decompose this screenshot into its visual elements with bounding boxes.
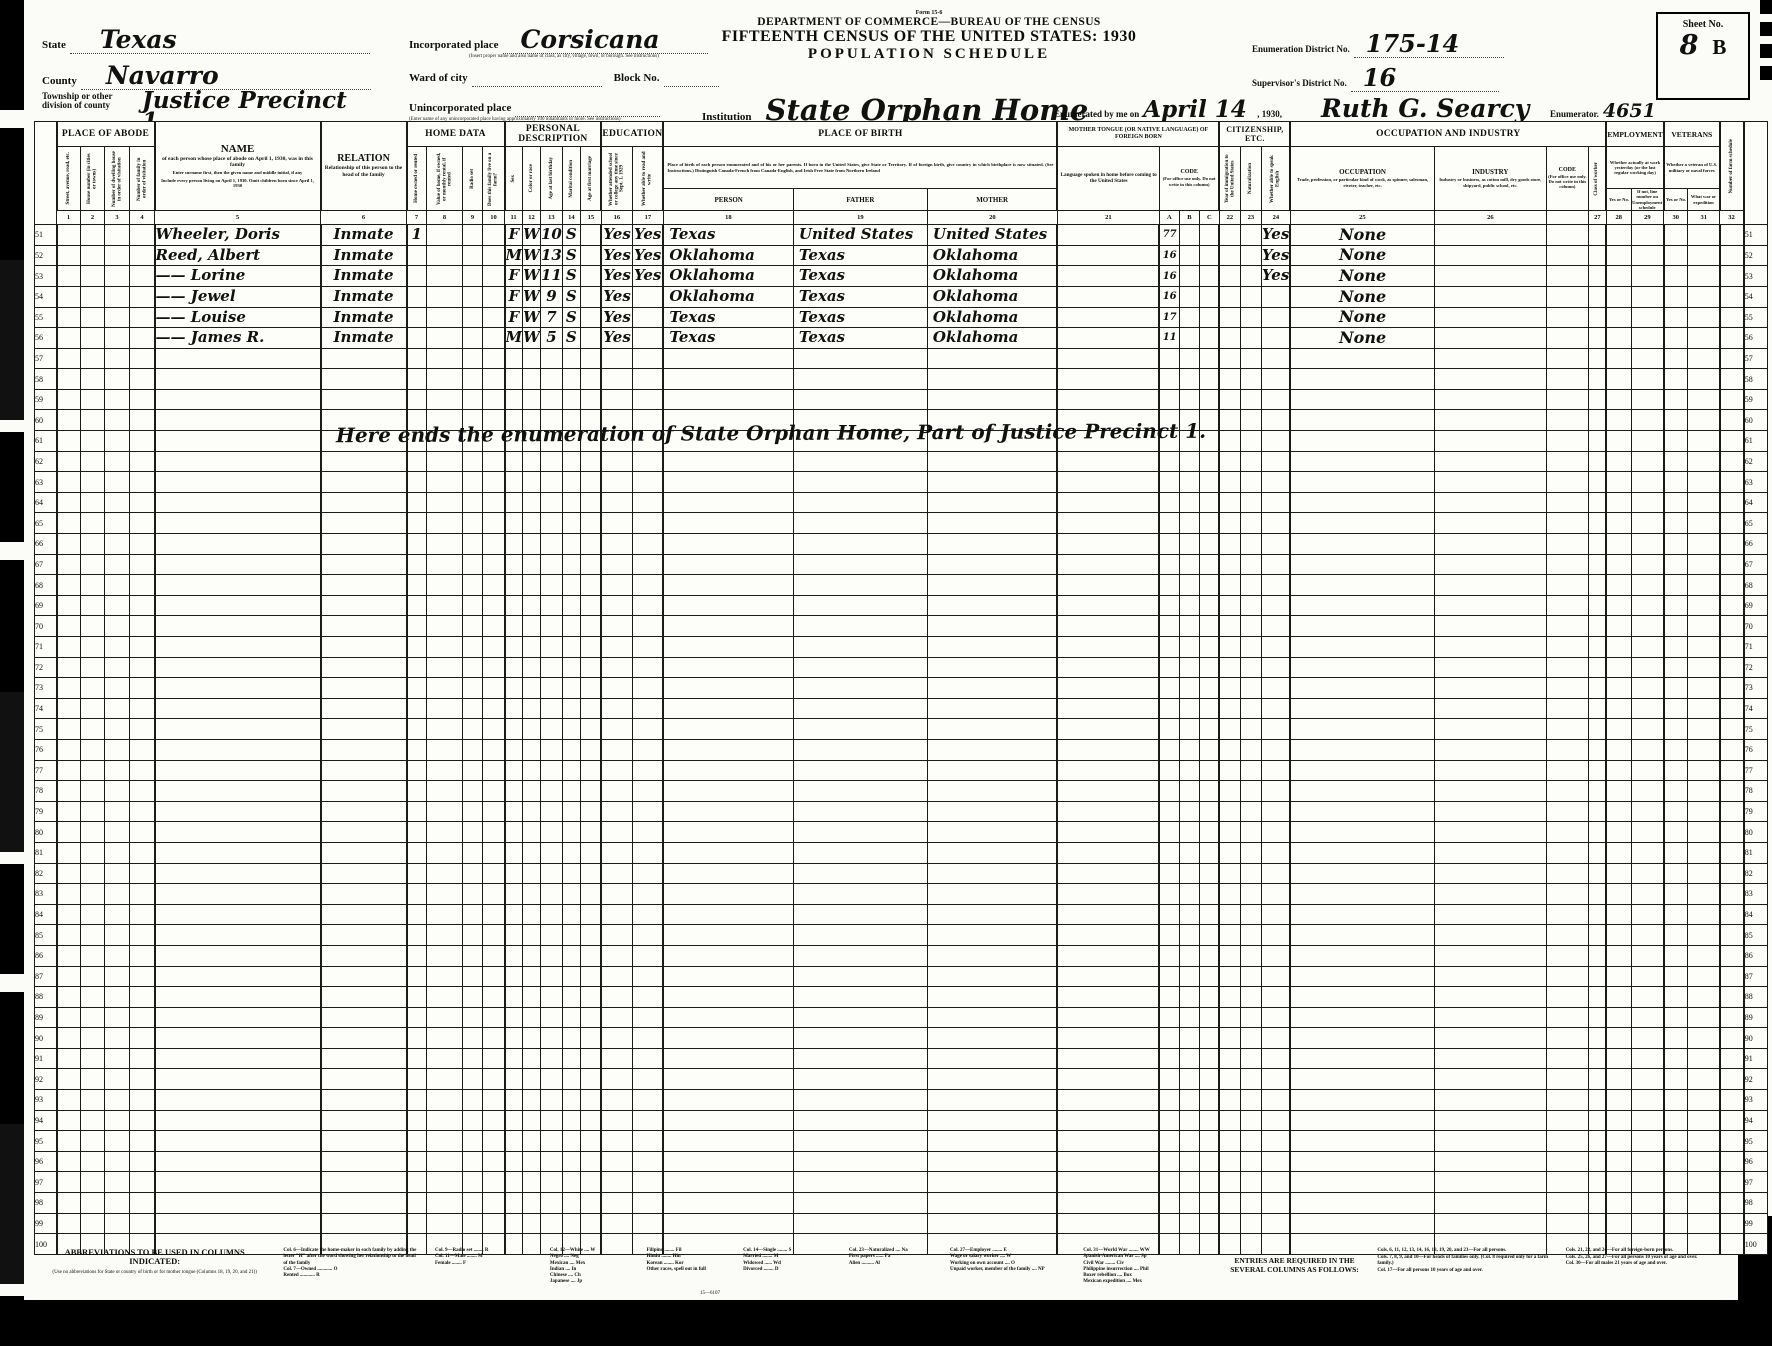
cell-c24 [1261,698,1290,719]
cell-cls [1588,698,1606,719]
cell-c22 [1219,1110,1240,1131]
cell-cls [1588,1028,1606,1049]
cell-sex [505,945,523,966]
cell-cls [1588,1048,1606,1069]
cell-e28 [1606,1172,1631,1193]
cell-hd4 [483,554,505,575]
cell-v30 [1664,781,1688,802]
cell-a4 [130,945,155,966]
cell-hd4 [483,1172,505,1193]
cell-e29 [1631,739,1664,760]
cell-hd2 [427,328,463,349]
cell-bp [663,698,793,719]
cell-a4 [130,266,155,287]
cell-bf: Texas [793,286,927,307]
incorporated-field: Incorporated place Corsicana (Insert pro… [409,30,708,59]
cell-ed2 [632,307,663,328]
cell-sex [505,760,523,781]
cell-name [155,534,321,555]
cell-mar [562,513,580,534]
cell-a3 [105,286,130,307]
cell-no: 54 [35,286,57,307]
col-number: 3 [105,211,130,225]
cell-cC [1199,863,1219,884]
cell-no2: 85 [1744,925,1768,946]
cell-c22 [1219,307,1240,328]
cell-a2 [81,822,105,843]
cell-ed1 [601,1131,632,1152]
cell-ed2 [632,1090,663,1111]
cell-c22 [1219,1069,1240,1090]
cell-cod [1546,307,1588,328]
cell-bp [663,822,793,843]
cell-afm [580,966,601,987]
cell-occ [1290,410,1434,431]
cell-color [523,451,541,472]
cell-cls [1588,966,1606,987]
cell-cC [1199,389,1219,410]
cell-afm [580,389,601,410]
cell-cC [1199,348,1219,369]
cell-farm [1720,781,1744,802]
cell-c24 [1261,987,1290,1008]
cell-hd2 [427,266,463,287]
cell-age [540,657,562,678]
cell-c23 [1240,781,1261,802]
cell-ed1 [601,1193,632,1214]
table-row: 6767 [35,554,1768,575]
cell-hd2 [427,801,463,822]
cell-hd1 [407,513,427,534]
cell-farm [1720,842,1744,863]
cell-hd3 [463,1131,483,1152]
col-number: 19 [793,211,927,225]
cell-ind [1434,1131,1546,1152]
cell-a1 [57,760,81,781]
col-language-spoken: Language spoken in home before coming to… [1057,147,1159,211]
cell-farm [1720,534,1744,555]
cell-afm [580,575,601,596]
cell-cls [1588,678,1606,699]
cell-no: 63 [35,472,57,493]
cell-mar [562,801,580,822]
cell-no: 96 [35,1151,57,1172]
cell-occ [1290,1151,1434,1172]
cell-e28 [1606,987,1631,1008]
cell-farm [1720,348,1744,369]
cell-a2 [81,513,105,534]
cell-color [523,616,541,637]
cell-rel [321,369,407,390]
cell-farm [1720,595,1744,616]
cell-cod [1546,1110,1588,1131]
cell-no2: 87 [1744,966,1768,987]
cell-cC [1199,307,1219,328]
population-schedule-table: PLACE OF ABODE NAME of each person whose… [34,121,1768,1255]
table-row: 8989 [35,1007,1768,1028]
cell-no2: 86 [1744,945,1768,966]
cell-c24 [1261,719,1290,740]
cell-no2: 99 [1744,1213,1768,1234]
cell-no: 83 [35,884,57,905]
cell-no: 70 [35,616,57,637]
cell-e28 [1606,1131,1631,1152]
cell-cod [1546,1069,1588,1090]
sheet-value: 8 [1680,30,1699,61]
cell-cls [1588,286,1606,307]
cell-cod [1546,1172,1588,1193]
cell-c24 [1261,389,1290,410]
cell-a3 [105,966,130,987]
cell-cB [1179,307,1199,328]
cell-a2 [81,286,105,307]
cell-c23 [1240,801,1261,822]
cell-rel [321,884,407,905]
cell-bp [663,637,793,658]
cell-mt [1057,698,1159,719]
cell-cls [1588,328,1606,349]
cell-bf: Texas [793,328,927,349]
cell-cB [1179,575,1199,596]
cell-hd4 [483,492,505,513]
name-note2: Enter surname first, then the given name… [156,169,320,176]
cell-v30 [1664,719,1688,740]
cell-afm [580,1007,601,1028]
cell-mt [1057,966,1159,987]
cell-e29 [1631,719,1664,740]
cell-ed2 [632,1007,663,1028]
cell-hd1 [407,657,427,678]
cell-a2 [81,348,105,369]
cell-bm [927,1069,1057,1090]
cell-v30 [1664,1172,1688,1193]
cell-hd1 [407,595,427,616]
cell-c23 [1240,492,1261,513]
cell-afm [580,513,601,534]
cell-hd4 [483,904,505,925]
table-row: 7474 [35,698,1768,719]
cell-ed1 [601,472,632,493]
cell-bf [793,534,927,555]
cell-v30 [1664,904,1688,925]
table-row: 7171 [35,637,1768,658]
cell-v30 [1664,842,1688,863]
cell-c23 [1240,945,1261,966]
cell-bm [927,616,1057,637]
cell-a4 [130,307,155,328]
cell-e28 [1606,781,1631,802]
cell-bf: Texas [793,307,927,328]
cell-e28 [1606,1090,1631,1111]
row-number-header-right [1744,122,1768,225]
cell-cls [1588,987,1606,1008]
cell-bf [793,678,927,699]
cell-rel [321,657,407,678]
cell-bm [927,760,1057,781]
cell-bf [793,863,927,884]
industry-col-note: Industry or business, as cotton mill, dr… [1435,176,1546,189]
cell-age [540,1007,562,1028]
cell-a1 [57,534,81,555]
cell-a4 [130,1110,155,1131]
cell-v31 [1688,554,1720,575]
cell-bf [793,513,927,534]
cell-cA [1159,1193,1179,1214]
cell-bp [663,1048,793,1069]
cell-v31 [1688,410,1720,431]
col-read-write: Whether able to read and write [632,147,663,211]
cell-mt [1057,739,1159,760]
cell-rel [321,925,407,946]
cell-v30 [1664,966,1688,987]
cell-e29 [1631,925,1664,946]
cell-hd2 [427,863,463,884]
cell-ed2 [632,719,663,740]
cell-a3 [105,1090,130,1111]
col-number: 8 [427,211,463,225]
cell-color [523,781,541,802]
relation-note: Relationship of this person to the head … [322,164,406,179]
cell-a3 [105,225,130,246]
cell-hd2 [427,739,463,760]
cell-mar [562,451,580,472]
cell-afm [580,760,601,781]
cell-no: 91 [35,1048,57,1069]
cell-hd2 [427,472,463,493]
cell-ed1 [601,739,632,760]
cell-c24 [1261,678,1290,699]
cell-bm [927,719,1057,740]
cell-e29 [1631,760,1664,781]
cell-rel: Inmate [321,328,407,349]
cell-e29 [1631,307,1664,328]
cell-a4 [130,225,155,246]
cell-hd3 [463,1213,483,1234]
cell-mar [562,904,580,925]
cell-bf [793,1090,927,1111]
cell-color [523,987,541,1008]
cell-farm [1720,513,1744,534]
enumerated-date: April 14 [1143,96,1247,123]
col-farm-family: Does this family live on a farm? [483,147,505,211]
cell-ed2 [632,781,663,802]
cell-color [523,513,541,534]
cell-a3 [105,987,130,1008]
cell-c23 [1240,575,1261,596]
cell-cls [1588,534,1606,555]
cell-ed1 [601,863,632,884]
cell-a1 [57,328,81,349]
cell-cls [1588,1007,1606,1028]
cell-rel [321,1069,407,1090]
cell-c24 [1261,637,1290,658]
cell-v31 [1688,637,1720,658]
cell-a4 [130,739,155,760]
cell-v30 [1664,884,1688,905]
cell-cA [1159,616,1179,637]
table-row: 9696 [35,1151,1768,1172]
cell-a1 [57,245,81,266]
cell-a2 [81,225,105,246]
cell-hd1 [407,266,427,287]
cell-no2: 61 [1744,431,1768,452]
cell-age: 11 [540,266,562,287]
cell-cB [1179,822,1199,843]
cell-name [155,781,321,802]
cell-v31 [1688,739,1720,760]
cell-cA [1159,1213,1179,1234]
cell-rel [321,678,407,699]
cell-v31 [1688,966,1720,987]
cell-hd1 [407,1172,427,1193]
cell-occ: None [1290,266,1434,287]
cell-cC [1199,1213,1219,1234]
cell-c24 [1261,904,1290,925]
cell-cls [1588,739,1606,760]
cell-hd2 [427,637,463,658]
cell-bp [663,554,793,575]
cell-a3 [105,348,130,369]
cell-ed1 [601,884,632,905]
cell-occ [1290,698,1434,719]
cell-no2: 98 [1744,1193,1768,1214]
cell-sex [505,389,523,410]
cell-mt [1057,245,1159,266]
cell-farm [1720,739,1744,760]
table-row: 7575 [35,719,1768,740]
cell-no2: 81 [1744,842,1768,863]
cell-c22 [1219,657,1240,678]
scan-edge-bottom [0,1300,1772,1346]
cell-color [523,904,541,925]
cell-name [155,1090,321,1111]
cell-cB [1179,1172,1199,1193]
cell-cB [1179,513,1199,534]
cell-name: —— Louise [155,307,321,328]
cell-cB [1179,637,1199,658]
cell-a3 [105,1069,130,1090]
cell-v30 [1664,863,1688,884]
cell-mt [1057,307,1159,328]
cell-v30 [1664,1048,1688,1069]
cell-cB [1179,1007,1199,1028]
cell-cC [1199,513,1219,534]
cell-cB [1179,328,1199,349]
cell-mt [1057,1007,1159,1028]
cell-bm [927,389,1057,410]
cell-no: 98 [35,1193,57,1214]
cell-cC [1199,1193,1219,1214]
entries-col-2: Cols. 21, 22, and 24—For all foreign-bor… [1566,1248,1740,1268]
cell-bp [663,678,793,699]
cell-hd4 [483,1090,505,1111]
cell-sex [505,904,523,925]
cell-hd1 [407,245,427,266]
cell-name [155,1048,321,1069]
cell-hd2 [427,884,463,905]
cell-e28 [1606,842,1631,863]
cell-afm [580,1048,601,1069]
cell-cC [1199,1131,1219,1152]
cell-hd3 [463,1090,483,1111]
cell-e29 [1631,945,1664,966]
cell-no: 73 [35,678,57,699]
cell-e29 [1631,1110,1664,1131]
cell-hd4 [483,595,505,616]
cell-sex [505,925,523,946]
cell-name: Reed, Albert [155,245,321,266]
cell-sex [505,822,523,843]
cell-e29 [1631,225,1664,246]
cell-ed2 [632,1048,663,1069]
cell-mar [562,760,580,781]
cell-ed2 [632,925,663,946]
cell-hd3 [463,945,483,966]
cell-farm [1720,286,1744,307]
cell-name [155,739,321,760]
cell-cC [1199,925,1219,946]
cell-farm [1720,637,1744,658]
cell-ed2 [632,904,663,925]
cell-a4 [130,657,155,678]
cell-farm [1720,1213,1744,1234]
cell-a2 [81,328,105,349]
cell-a1 [57,595,81,616]
veterans-text: Whether a veteran of U.S. military or na… [1664,147,1720,189]
cell-hd3 [463,1151,483,1172]
table-row: 7979 [35,801,1768,822]
cell-hd4 [483,987,505,1008]
cell-color [523,554,541,575]
cell-occ [1290,1131,1434,1152]
cell-a3 [105,863,130,884]
cell-cC [1199,987,1219,1008]
cell-v30 [1664,1028,1688,1049]
cell-ed2 [632,1110,663,1131]
col-house-number: House number (in cities or towns) [81,147,105,211]
cell-c24 [1261,739,1290,760]
cell-bp [663,1213,793,1234]
cell-e29 [1631,1172,1664,1193]
cell-occ [1290,945,1434,966]
column-numbers-row: 123456789101112131415161718192021ABC2223… [35,211,1768,225]
cell-no: 64 [35,492,57,513]
cell-ed1 [601,987,632,1008]
cell-a4 [130,842,155,863]
cell-c22 [1219,698,1240,719]
cell-a4 [130,781,155,802]
cell-sex [505,678,523,699]
cell-cA [1159,719,1179,740]
cell-mt [1057,863,1159,884]
cell-v30 [1664,1007,1688,1028]
cell-mt [1057,595,1159,616]
cell-cod [1546,410,1588,431]
abbreviations-title: ABBREVIATIONS TO BE USED IN COLUMNS INDI… [40,1248,269,1267]
cell-mar [562,945,580,966]
cell-a3 [105,801,130,822]
cell-v31 [1688,1172,1720,1193]
incorporated-label: Incorporated place [409,39,499,51]
cell-hd1 [407,966,427,987]
department-line: DEPARTMENT OF COMMERCE—BUREAU OF THE CEN… [694,16,1164,28]
cell-bm [927,595,1057,616]
cell-a2 [81,1110,105,1131]
cell-farm [1720,1069,1744,1090]
abbreviations-note: (Use no abbreviations for State or count… [40,1270,269,1275]
col-number: 22 [1219,211,1240,225]
cell-cB [1179,678,1199,699]
